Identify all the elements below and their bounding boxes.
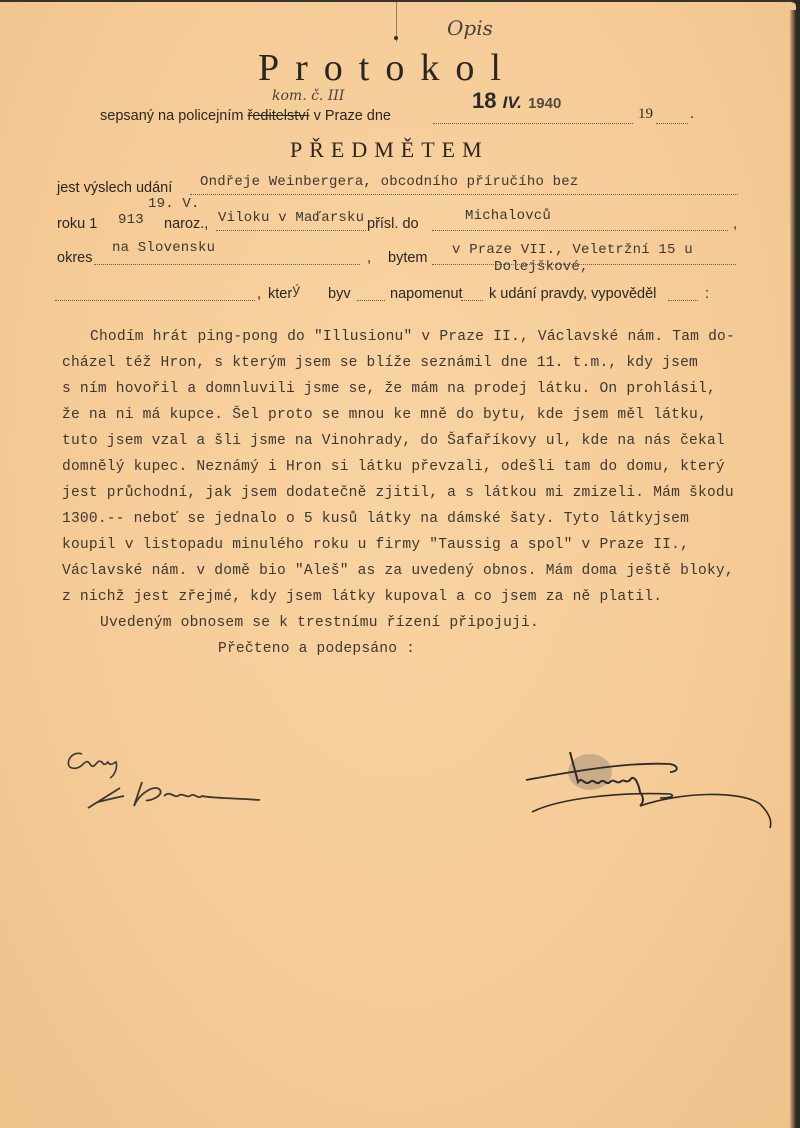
row4-byv-label: byv — [328, 286, 351, 302]
vypovedel-dotted-line — [668, 300, 698, 301]
statement-line-10: Václavské nám. v domě bio "Aleš" as za u… — [62, 558, 734, 584]
statement-line-6: domnělý kupec. Neznámý i Hron si látku p… — [62, 454, 725, 480]
year-prefix: 19 — [638, 106, 653, 123]
document-title: Protokol — [258, 46, 517, 90]
signature-left — [60, 732, 290, 822]
row2-prisl-label: přísl. do — [367, 216, 419, 232]
statement-line-4: že na ni má kupce. Šel proto se mnou ke … — [62, 402, 707, 428]
birthplace-dotted-line — [216, 230, 366, 231]
signature-left-ink — [60, 732, 290, 822]
line1-mid: v Praze dne — [314, 108, 391, 124]
date-dotted-line — [433, 123, 633, 124]
birth-year: 913 — [118, 212, 144, 228]
statement-closing: Uvedeným obnosem se k trestnímu řízení p… — [100, 610, 539, 636]
line1-end: . — [690, 106, 694, 123]
date-stamp-year: 1940 — [528, 95, 561, 112]
line1-struck-word: ředitelství — [248, 108, 310, 124]
birth-date: 19. V. — [148, 196, 200, 212]
statement-line-11: z nichž jest zřejmé, kdy jsem látky kupo… — [62, 584, 662, 610]
handwritten-insert: kom. č. III — [272, 88, 344, 104]
district-dotted-line — [94, 264, 360, 265]
read-and-signed: Přečteno a podepsáno : — [218, 636, 415, 662]
row1-dotted-line — [190, 194, 738, 195]
document-page: Opis Protokol sepsaný na policejním ředi… — [0, 0, 796, 1128]
date-stamp-month: IV. — [503, 93, 522, 112]
row3-okres-label: okres — [57, 250, 92, 266]
row4-colon: : — [705, 286, 709, 302]
statement-line-1: Chodím hrát ping-pong do "Illusionu" v P… — [90, 324, 735, 350]
punch-dot — [394, 36, 398, 40]
page-edge-shadow — [790, 10, 796, 1128]
residence-line2: Dolejškové, — [494, 259, 589, 275]
domicile-dotted-line — [432, 230, 728, 231]
row2-naroz-label: naroz., — [164, 216, 208, 232]
row2-roku-label: roku 1 — [57, 216, 97, 232]
row2-trailing: , — [733, 216, 737, 232]
header-line: sepsaný na policejním ředitelství v Praz… — [100, 108, 391, 124]
year-dotted-line — [656, 123, 688, 124]
district-value: na Slovensku — [112, 240, 215, 256]
signature-right-ink — [520, 742, 790, 832]
statement-line-8: 1300.-- neboť se jednalo o 5 kusů látky … — [62, 506, 689, 532]
signature-right — [520, 742, 790, 832]
row4-pravdy-label: k udání pravdy, vypověděl — [489, 286, 656, 302]
row3-bytem-label: bytem — [388, 250, 428, 266]
row4-dotted-line — [55, 300, 255, 301]
row4-napomenut-label: napomenut — [390, 286, 463, 302]
ktery-text: kter — [268, 286, 292, 302]
residence-line1: v Praze VII., Veletržní 15 u — [452, 242, 693, 258]
statement-line-5: tuto jsem vzal a šli jsme na Vinohrady, … — [62, 428, 725, 454]
line1-prefix: sepsaný na policejním — [100, 108, 243, 124]
byv-dotted-line — [357, 300, 385, 301]
row3-comma: , — [367, 250, 371, 266]
row1-value: Ondřeje Weinbergera, obcodního příručího… — [200, 174, 578, 190]
statement-line-2: cházel též Hron, s kterým jsem se blíže … — [62, 350, 698, 376]
date-stamp: 18 IV. 1940 — [472, 88, 561, 114]
domicile-value: Michalovců — [465, 208, 551, 224]
date-stamp-day: 18 — [472, 88, 496, 113]
row1-label: jest výslech udání — [57, 180, 172, 196]
subject-heading: PŘEDMĚTEM — [290, 137, 489, 163]
statement-line-3: s ním hovořil a domnluvili jsme se, že m… — [62, 376, 716, 402]
corner-annotation: Opis — [447, 16, 493, 40]
ktery-suffix: ý — [292, 283, 301, 299]
row4-comma: , — [257, 286, 261, 302]
birthplace-value: Viloku v Maďarsku — [218, 210, 364, 226]
statement-line-7: jest průchodní, jak jsem dodatečně zjiti… — [62, 480, 734, 506]
row4-ktery-label: který — [268, 286, 301, 303]
napomenut-dotted-line — [461, 300, 483, 301]
statement-line-9: koupil v listopadu minulého roku u firmy… — [62, 532, 689, 558]
